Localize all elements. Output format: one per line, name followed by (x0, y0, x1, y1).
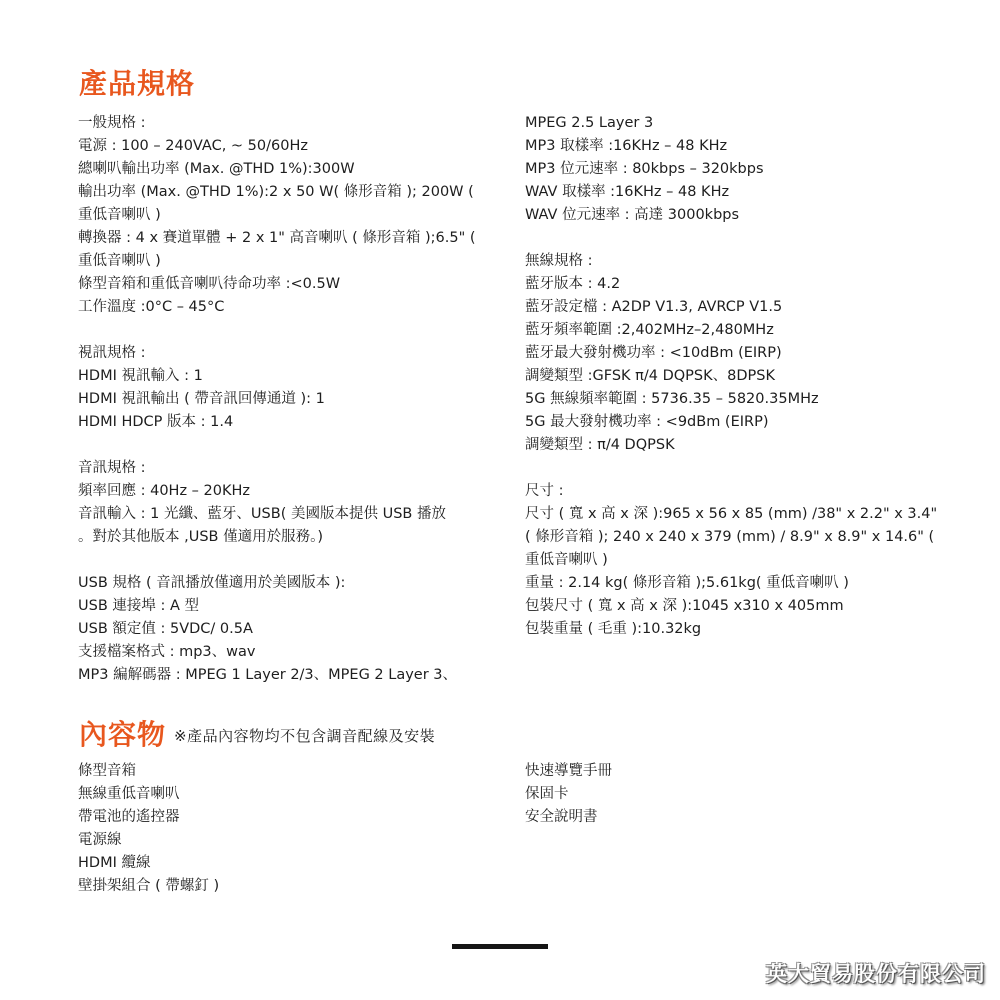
company-watermark: 英大貿易股份有限公司 (766, 958, 986, 988)
spec-line: 視訊規格 : (78, 342, 476, 365)
spec-line: USB 規格 ( 音訊播放僅適用於美國版本 ): (78, 572, 476, 595)
spec-line: 調變類型 : π/4 DQPSK (525, 434, 937, 457)
list-item: 壁掛架組合 ( 帶螺釘 ) (78, 875, 219, 898)
list-item: HDMI 纜線 (78, 852, 219, 875)
spec-line: 轉換器 : 4 x 賽道單體 + 2 x 1" 高音喇叭 ( 條形音箱 );6.… (78, 227, 476, 250)
spec-line: 一般規格 : (78, 112, 476, 135)
spec-line: 5G 無線頻率範圍 : 5736.35 – 5820.35MHz (525, 388, 937, 411)
contents-right-list: 快速導覽手冊保固卡安全說明書 (525, 760, 612, 829)
spec-line: HDMI HDCP 版本 : 1.4 (78, 411, 476, 434)
spec-line: MPEG 2.5 Layer 3 (525, 112, 937, 135)
spec-line: WAV 取樣率 :16KHz – 48 KHz (525, 181, 937, 204)
spec-line: 音訊規格 : (78, 457, 476, 480)
spec-line: 包裝尺寸 ( 寬 x 高 x 深 ):1045 x310 x 405mm (525, 595, 937, 618)
spec-line: 藍牙版本 : 4.2 (525, 273, 937, 296)
contents-section-title: 內容物 (79, 718, 166, 751)
spec-line: USB 額定值 : 5VDC/ 0.5A (78, 618, 476, 641)
spec-line: 。對於其他版本 ,USB 僅適用於服務。) (78, 526, 476, 549)
spec-line: HDMI 視訊輸出 ( 帶音訊回傳通道 ): 1 (78, 388, 476, 411)
contents-section-heading: 內容物※產品內容物均不包含調音配線及安裝 (79, 717, 435, 754)
spec-line: 5G 最大發射機功率 : <9dBm (EIRP) (525, 411, 937, 434)
spacer (525, 227, 937, 250)
spec-line: 調變類型 :GFSK π/4 DQPSK、8DPSK (525, 365, 937, 388)
spec-line: 總喇叭輸出功率 (Max. @THD 1%):300W (78, 158, 476, 181)
spec-line: 藍牙頻率範圍 :2,402MHz–2,480MHz (525, 319, 937, 342)
spacer (525, 457, 937, 480)
list-item: 安全說明書 (525, 806, 612, 829)
spec-line: USB 連接埠 : A 型 (78, 595, 476, 618)
spec-left-column: 一般規格 :電源 : 100 – 240VAC, ~ 50/60Hz總喇叭輸出功… (78, 112, 476, 687)
list-item: 電源線 (78, 829, 219, 852)
list-item: 保固卡 (525, 783, 612, 806)
spec-line: 音訊輸入 : 1 光纖、藍牙、USB( 美國版本提供 USB 播放 (78, 503, 476, 526)
spec-line: 無線規格 : (525, 250, 937, 273)
spec-line: 尺寸 : (525, 480, 937, 503)
spacer (78, 434, 476, 457)
list-item: 無線重低音喇叭 (78, 783, 219, 806)
contents-note: ※產品內容物均不包含調音配線及安裝 (174, 727, 435, 745)
list-item: 帶電池的遙控器 (78, 806, 219, 829)
divider-bar (452, 944, 548, 949)
spec-line: MP3 位元速率 : 80kbps – 320kbps (525, 158, 937, 181)
spec-line: 支援檔案格式 : mp3、wav (78, 641, 476, 664)
spec-line: 重低音喇叭 ) (78, 204, 476, 227)
spec-line: MP3 編解碼器 : MPEG 1 Layer 2/3、MPEG 2 Layer… (78, 664, 476, 687)
spec-line: 條型音箱和重低音喇叭待命功率 :<0.5W (78, 273, 476, 296)
spec-line: 頻率回應 : 40Hz – 20KHz (78, 480, 476, 503)
spec-line: 藍牙最大發射機功率 : <10dBm (EIRP) (525, 342, 937, 365)
spec-line: 包裝重量 ( 毛重 ):10.32kg (525, 618, 937, 641)
spec-section-title: 產品規格 (79, 66, 195, 102)
spec-line: 藍牙設定檔 : A2DP V1.3, AVRCP V1.5 (525, 296, 937, 319)
spec-right-column: MPEG 2.5 Layer 3MP3 取樣率 :16KHz – 48 KHzM… (525, 112, 937, 641)
spacer (78, 549, 476, 572)
spec-line: 輸出功率 (Max. @THD 1%):2 x 50 W( 條形音箱 ); 20… (78, 181, 476, 204)
spec-line: 重低音喇叭 ) (78, 250, 476, 273)
spec-line: 重低音喇叭 ) (525, 549, 937, 572)
spec-line: ( 條形音箱 ); 240 x 240 x 379 (mm) / 8.9" x … (525, 526, 937, 549)
spec-line: WAV 位元速率 : 高達 3000kbps (525, 204, 937, 227)
spec-line: 電源 : 100 – 240VAC, ~ 50/60Hz (78, 135, 476, 158)
list-item: 條型音箱 (78, 760, 219, 783)
spec-line: 工作溫度 :0°C – 45°C (78, 296, 476, 319)
spec-line: MP3 取樣率 :16KHz – 48 KHz (525, 135, 937, 158)
contents-left-list: 條型音箱無線重低音喇叭帶電池的遙控器電源線HDMI 纜線壁掛架組合 ( 帶螺釘 … (78, 760, 219, 898)
spec-line: HDMI 視訊輸入 : 1 (78, 365, 476, 388)
list-item: 快速導覽手冊 (525, 760, 612, 783)
spec-line: 重量 : 2.14 kg( 條形音箱 );5.61kg( 重低音喇叭 ) (525, 572, 937, 595)
spec-line: 尺寸 ( 寬 x 高 x 深 ):965 x 56 x 85 (mm) /38"… (525, 503, 937, 526)
spacer (78, 319, 476, 342)
